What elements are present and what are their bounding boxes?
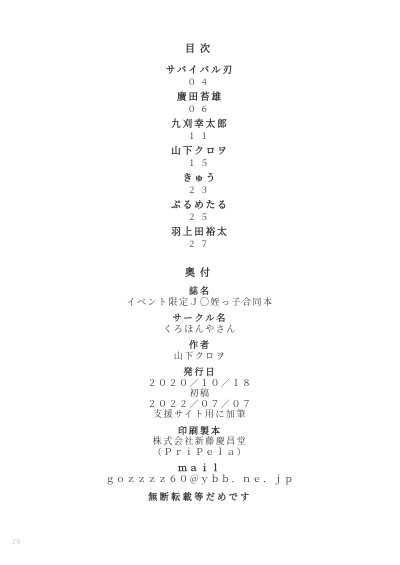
toc-entry-name: 山下クロヲ (0, 147, 400, 158)
colophon-section: サークル名 くろほんやさん (0, 313, 400, 334)
toc-entry-name: 羽上田裕太 (0, 228, 400, 239)
colophon-line: イベント限定Ｊ〇姪っ子合同本 (0, 297, 400, 308)
table-of-contents: 目次 サバイバル刃 ０４ 廣田苔雄 ０６ 九刈幸太郎 １１ 山下クロヲ １５ き… (0, 0, 400, 249)
colophon-section: 印刷製本 株式会社新藤慶昌堂（ＰｒｉＰｅｌａ） (0, 426, 400, 458)
toc-entry-name: ぷるめたる (0, 201, 400, 212)
reprint-notice: 無断転載等だめです (0, 492, 400, 503)
colophon-section-label: サークル名 (0, 313, 400, 324)
colophon-section: ｍａｉｌ ｇｏｚｚｚｚ６０＠ｙｂｂ．ｎｅ．ｊｐ (0, 463, 400, 484)
colophon-section-label: 発行日 (0, 367, 400, 378)
toc-entries: サバイバル刃 ０４ 廣田苔雄 ０６ 九刈幸太郎 １１ 山下クロヲ １５ きゅう … (0, 66, 400, 249)
colophon-header: 奥付 (0, 268, 400, 280)
toc-entry-name: きゅう (0, 174, 400, 185)
colophon-line: ２０２２／０７／０７ (0, 399, 400, 410)
colophon-section-lines: ｇｏｚｚｚｚ６０＠ｙｂｂ．ｎｅ．ｊｐ (0, 474, 400, 485)
toc-entry: サバイバル刃 ０４ (0, 66, 400, 87)
colophon-line: ｇｏｚｚｚｚ６０＠ｙｂｂ．ｎｅ．ｊｐ (0, 474, 400, 485)
colophon-section-lines: くろほんやさん (0, 324, 400, 335)
page-number: 28 (12, 538, 21, 546)
toc-header: 目次 (0, 0, 400, 56)
colophon-line: 支援サイト用に加筆 (0, 409, 400, 420)
colophon: 奥付 誌名 イベント限定Ｊ〇姪っ子合同本 サークル名 くろほんやさん 作者 山下… (0, 268, 400, 503)
colophon-line: 初稿 (0, 388, 400, 399)
toc-entry-page: ２５ (0, 212, 400, 223)
toc-entry-name: 廣田苔雄 (0, 93, 400, 104)
toc-entry: 廣田苔雄 ０６ (0, 93, 400, 114)
toc-entry-page: ０６ (0, 104, 400, 115)
colophon-section-lines: イベント限定Ｊ〇姪っ子合同本 (0, 297, 400, 308)
toc-entry-page: ２３ (0, 185, 400, 196)
colophon-section: 作者 山下クロヲ (0, 340, 400, 361)
colophon-line: ２０２０／１０／１８ (0, 378, 400, 389)
toc-entry-page: ０４ (0, 77, 400, 88)
toc-entry-name: 九刈幸太郎 (0, 120, 400, 131)
colophon-line: 株式会社新藤慶昌堂 (0, 436, 400, 447)
toc-entry-page: １５ (0, 158, 400, 169)
colophon-section-label: 印刷製本 (0, 426, 400, 437)
toc-entry-page: １１ (0, 131, 400, 142)
colophon-line: 山下クロヲ (0, 351, 400, 362)
colophon-sections: 誌名 イベント限定Ｊ〇姪っ子合同本 サークル名 くろほんやさん 作者 山下クロヲ… (0, 286, 400, 484)
toc-entry-page: ２７ (0, 239, 400, 250)
colophon-line: （ＰｒｉＰｅｌａ） (0, 447, 400, 458)
colophon-section-label: ｍａｉｌ (0, 463, 400, 474)
colophon-section-lines: 山下クロヲ (0, 351, 400, 362)
toc-entry-name: サバイバル刃 (0, 66, 400, 77)
colophon-section-label: 作者 (0, 340, 400, 351)
colophon-section: 誌名 イベント限定Ｊ〇姪っ子合同本 (0, 286, 400, 307)
colophon-page: 目次 サバイバル刃 ０４ 廣田苔雄 ０６ 九刈幸太郎 １１ 山下クロヲ １５ き… (0, 0, 400, 565)
toc-entry: ぷるめたる ２５ (0, 201, 400, 222)
toc-entry: 山下クロヲ １５ (0, 147, 400, 168)
toc-entry: 九刈幸太郎 １１ (0, 120, 400, 141)
colophon-section-lines: 株式会社新藤慶昌堂（ＰｒｉＰｅｌａ） (0, 436, 400, 457)
toc-entry: きゅう ２３ (0, 174, 400, 195)
toc-entry: 羽上田裕太 ２７ (0, 228, 400, 249)
colophon-section-label: 誌名 (0, 286, 400, 297)
colophon-section-lines: ２０２０／１０／１８初稿２０２２／０７／０７支援サイト用に加筆 (0, 378, 400, 420)
colophon-section: 発行日 ２０２０／１０／１８初稿２０２２／０７／０７支援サイト用に加筆 (0, 367, 400, 420)
colophon-line: くろほんやさん (0, 324, 400, 335)
